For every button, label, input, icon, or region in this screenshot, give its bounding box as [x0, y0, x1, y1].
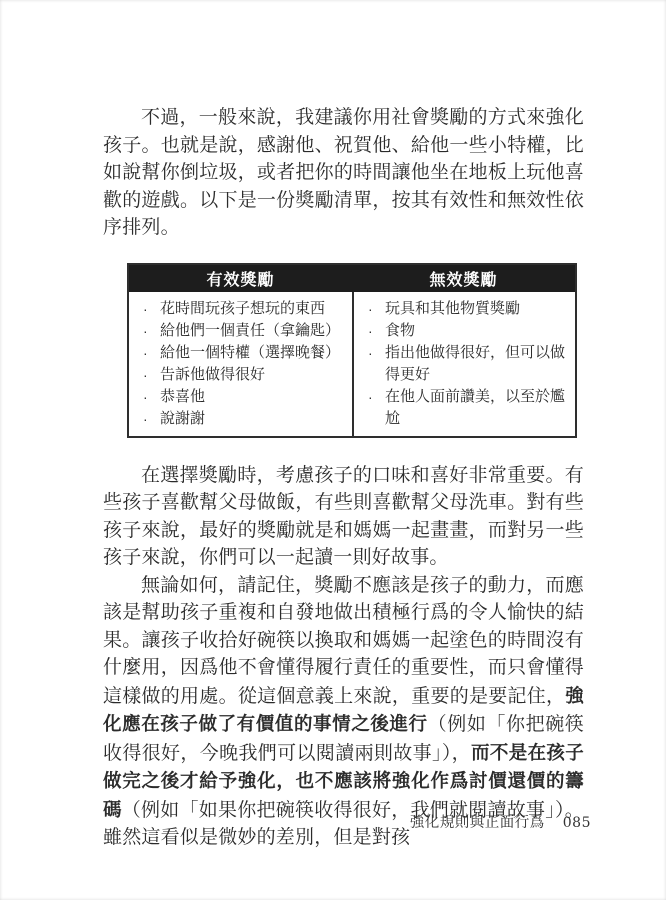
list-item: · 給他們一個責任（拿鑰匙）	[143, 320, 346, 342]
list-item-text: 說謝謝	[160, 408, 346, 430]
rewards-table: 有效獎勵 無效獎勵 · 花時間玩孩子想玩的東西 · 給他們一個責任（拿鑰匙） ·	[127, 263, 577, 438]
paragraph-3: 無論如何，請記住，獎勵不應該是孩子的動力，而應該是幫助孩子重複和自發地做出積極行…	[103, 572, 584, 852]
bullet-icon: ·	[368, 386, 385, 430]
list-item-text: 給他一個特權（選擇晚餐）	[160, 342, 346, 364]
list-item: · 花時間玩孩子想玩的東西	[143, 298, 346, 320]
page-footer: 強化規則與正面行爲 085	[410, 811, 591, 832]
list-item: · 說謝謝	[143, 408, 346, 430]
list-item: · 在他人面前讚美，以至於尷尬	[368, 386, 569, 430]
table-header-effective: 有效獎勵	[129, 267, 352, 290]
bullet-icon: ·	[143, 364, 160, 386]
bullet-icon: ·	[143, 320, 160, 342]
bullet-icon: ·	[368, 320, 385, 342]
paragraph-3-segment: 無論如何，請記住，獎勵不應該是孩子的動力，而應該是幫助孩子重複和自發地做出積極行…	[103, 574, 584, 707]
list-item-text: 告訴他做得很好	[160, 364, 346, 386]
bullet-icon: ·	[368, 342, 385, 386]
list-item-text: 玩具和其他物質獎勵	[385, 298, 569, 320]
bullet-icon: ·	[143, 386, 160, 408]
bullet-icon: ·	[143, 298, 160, 320]
bullet-icon: ·	[143, 342, 160, 364]
ineffective-rewards-list: · 玩具和其他物質獎勵 · 食物 · 指出他做得很好，但可以做得更好 · 在他人…	[352, 292, 575, 436]
book-page: 不過，一般來說，我建議你用社會獎勵的方式來強化孩子。也就是說，感謝他、祝賀他、給…	[0, 0, 666, 900]
list-item: · 給他一個特權（選擇晚餐）	[143, 342, 346, 364]
list-item: · 恭喜他	[143, 386, 346, 408]
body-text: 不過，一般來說，我建議你用社會獎勵的方式來強化孩子。也就是說，感謝他、祝賀他、給…	[103, 104, 584, 852]
paragraph-1: 不過，一般來說，我建議你用社會獎勵的方式來強化孩子。也就是說，感謝他、祝賀他、給…	[103, 104, 584, 242]
paragraph-2: 在選擇獎勵時，考慮孩子的口味和喜好非常重要。有些孩子喜歡幫父母做飯，有些則喜歡幫…	[103, 462, 584, 572]
list-item-text: 在他人面前讚美，以至於尷尬	[385, 386, 569, 430]
list-item: · 告訴他做得很好	[143, 364, 346, 386]
list-item: · 食物	[368, 320, 569, 342]
effective-rewards-list: · 花時間玩孩子想玩的東西 · 給他們一個責任（拿鑰匙） · 給他一個特權（選擇…	[129, 292, 352, 436]
list-item: · 指出他做得很好，但可以做得更好	[368, 342, 569, 386]
list-item: · 玩具和其他物質獎勵	[368, 298, 569, 320]
running-title: 強化規則與正面行爲	[410, 811, 545, 832]
rewards-table-header: 有效獎勵 無效獎勵	[129, 265, 575, 292]
page-number: 085	[563, 815, 591, 831]
list-item-text: 花時間玩孩子想玩的東西	[160, 298, 346, 320]
bullet-icon: ·	[368, 298, 385, 320]
list-item-text: 恭喜他	[160, 386, 346, 408]
table-header-ineffective: 無效獎勵	[352, 267, 575, 290]
list-item-text: 食物	[385, 320, 569, 342]
list-item-text: 給他們一個責任（拿鑰匙）	[160, 320, 346, 342]
bullet-icon: ·	[143, 408, 160, 430]
list-item-text: 指出他做得很好，但可以做得更好	[385, 342, 569, 386]
rewards-table-body: · 花時間玩孩子想玩的東西 · 給他們一個責任（拿鑰匙） · 給他一個特權（選擇…	[129, 292, 575, 436]
